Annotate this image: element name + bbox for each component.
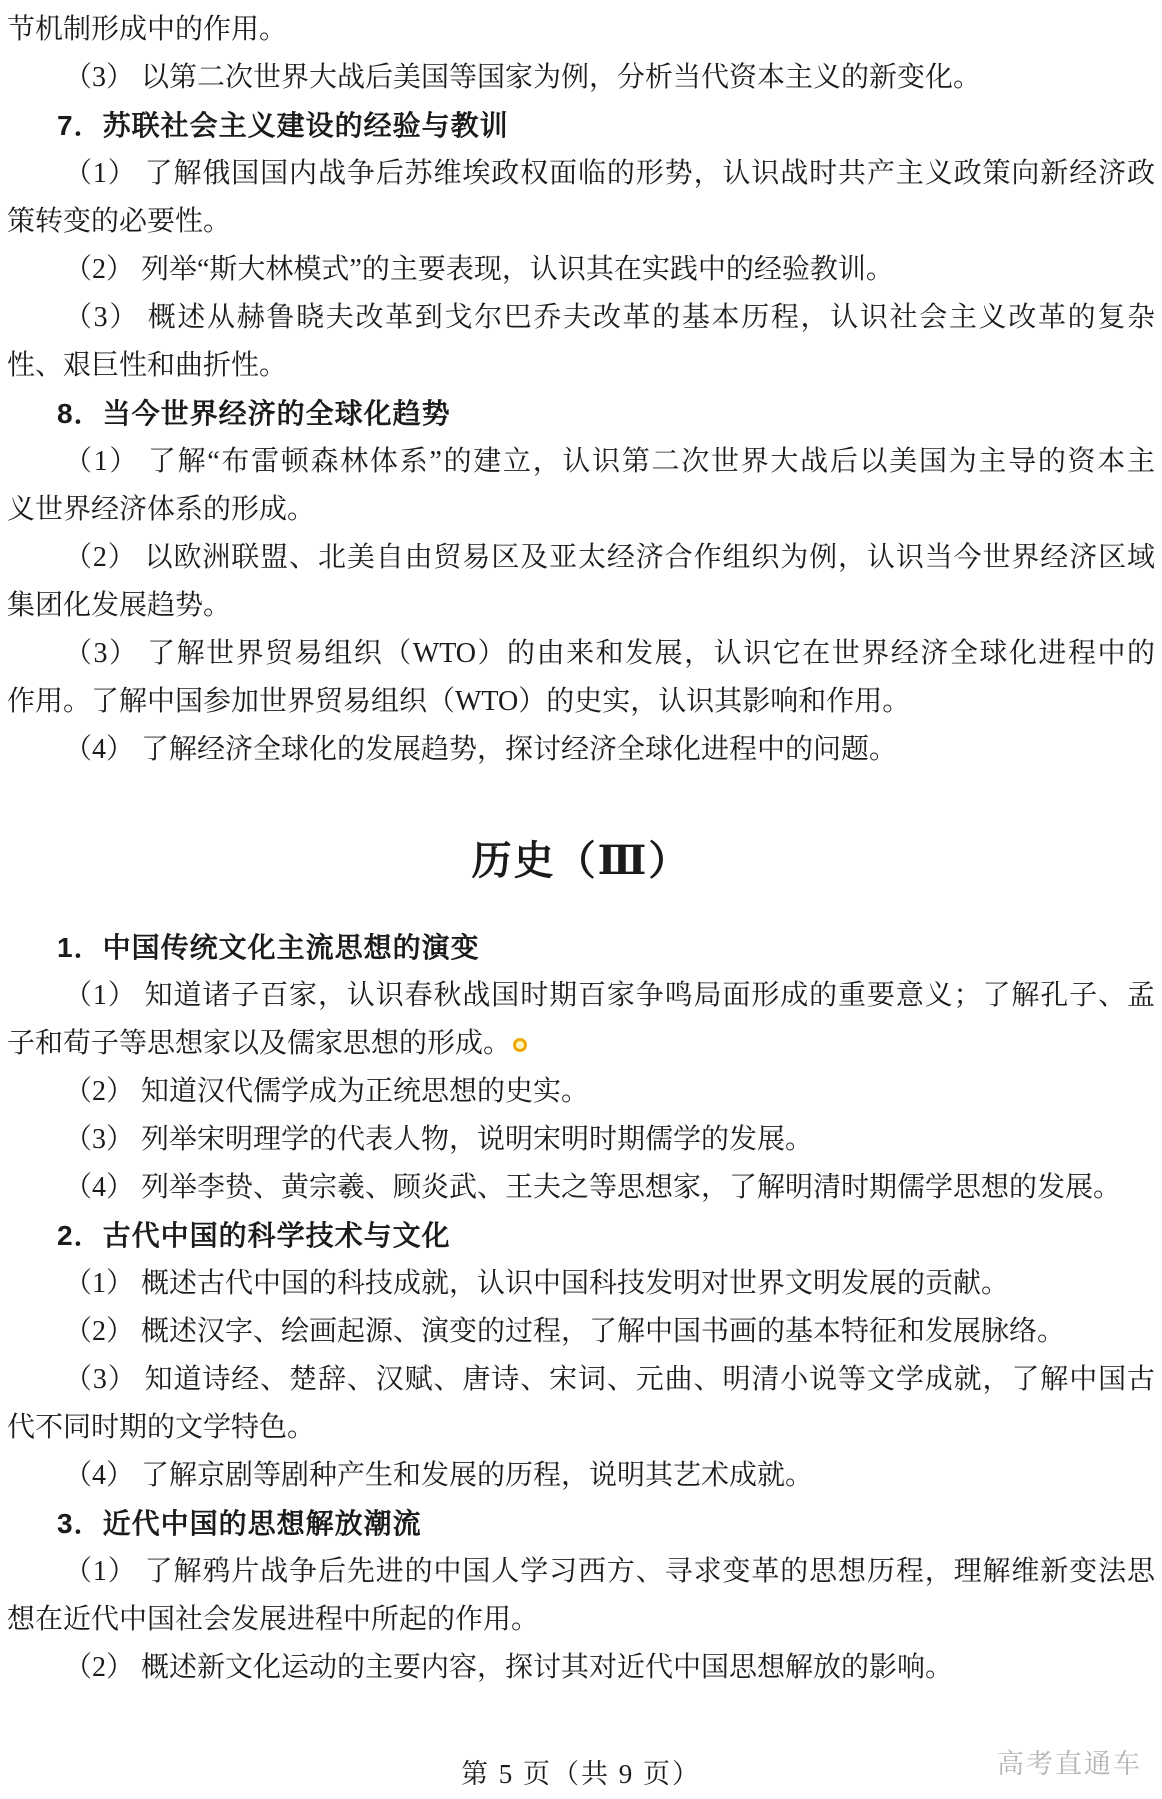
text-line: （2） 概述新文化运动的主要内容，探讨其对近代中国思想解放的影响。 — [7, 1644, 1155, 1692]
text-line: （2） 以欧洲联盟、北美自由贸易区及亚太经济合作组织为例，认识当今世界经济区域 — [7, 534, 1155, 582]
section-heading: 7．苏联社会主义建设的经验与教训 — [7, 102, 1155, 150]
text-line: 想在近代中国社会发展进程中所起的作用。 — [7, 1596, 1155, 1644]
document-body: 节机制形成中的作用。 （3） 以第二次世界大战后美国等国家为例，分析当代资本主义… — [7, 6, 1155, 1692]
annotation-dot-icon — [513, 1038, 527, 1052]
text-line: 性、艰巨性和曲折性。 — [7, 342, 1155, 390]
text-line: （3） 知道诗经、楚辞、汉赋、唐诗、宋词、元曲、明清小说等文学成就，了解中国古 — [7, 1356, 1155, 1404]
watermark: 高考直通车 — [997, 1742, 1142, 1781]
section-heading: 3．近代中国的思想解放潮流 — [7, 1500, 1155, 1548]
text-line: （1） 了解俄国国内战争后苏维埃政权面临的形势，认识战时共产主义政策向新经济政 — [7, 150, 1155, 198]
text-line: （4） 了解经济全球化的发展趋势，探讨经济全球化进程中的问题。 — [7, 726, 1155, 774]
text-line: 代不同时期的文学特色。 — [7, 1404, 1155, 1452]
text-line: （1） 概述古代中国的科技成就，认识中国科技发明对世界文明发展的贡献。 — [7, 1260, 1155, 1308]
text-line: （1） 了解“布雷顿森林体系”的建立，认识第二次世界大战后以美国为主导的资本主 — [7, 438, 1155, 486]
text-line: （3） 了解世界贸易组织（WTO）的由来和发展，认识它在世界经济全球化进程中的 — [7, 630, 1155, 678]
text-line: （4） 了解京剧等剧种产生和发展的历程，说明其艺术成就。 — [7, 1452, 1155, 1500]
page-number: 第 5 页（共 9 页） — [0, 1752, 1162, 1791]
text-line: （1） 知道诸子百家，认识春秋战国时期百家争鸣局面形成的重要意义；了解孔子、孟 — [7, 972, 1155, 1020]
text-line-text: 子和荀子等思想家以及儒家思想的形成。 — [7, 1028, 511, 1059]
text-line: （2） 知道汉代儒学成为正统思想的史实。 — [7, 1068, 1155, 1116]
section-heading: 8．当今世界经济的全球化趋势 — [7, 390, 1155, 438]
text-line: 子和荀子等思想家以及儒家思想的形成。 — [7, 1020, 1155, 1068]
text-line: 节机制形成中的作用。 — [7, 6, 1155, 54]
text-line: 策转变的必要性。 — [7, 198, 1155, 246]
text-line: （3） 列举宋明理学的代表人物，说明宋明时期儒学的发展。 — [7, 1116, 1155, 1164]
text-line: （2） 列举“斯大林模式”的主要表现，认识其在实践中的经验教训。 — [7, 246, 1155, 294]
text-line: 集团化发展趋势。 — [7, 582, 1155, 630]
text-line: （3） 概述从赫鲁晓夫改革到戈尔巴乔夫改革的基本历程，认识社会主义改革的复杂 — [7, 294, 1155, 342]
document-page: 节机制形成中的作用。 （3） 以第二次世界大战后美国等国家为例，分析当代资本主义… — [0, 0, 1162, 1799]
text-line: （3） 以第二次世界大战后美国等国家为例，分析当代资本主义的新变化。 — [7, 54, 1155, 102]
text-line: 义世界经济体系的形成。 — [7, 486, 1155, 534]
text-line: 作用。了解中国参加世界贸易组织（WTO）的史实，认识其影响和作用。 — [7, 678, 1155, 726]
text-line: （4） 列举李贽、黄宗羲、顾炎武、王夫之等思想家，了解明清时期儒学思想的发展。 — [7, 1164, 1155, 1212]
text-line: （1） 了解鸦片战争后先进的中国人学习西方、寻求变革的思想历程，理解维新变法思 — [7, 1548, 1155, 1596]
section-heading: 2．古代中国的科学技术与文化 — [7, 1212, 1155, 1260]
section-heading: 1．中国传统文化主流思想的演变 — [7, 924, 1155, 972]
document-title: 历史（Ⅲ） — [7, 832, 1155, 890]
text-line: （2） 概述汉字、绘画起源、演变的过程，了解中国书画的基本特征和发展脉络。 — [7, 1308, 1155, 1356]
